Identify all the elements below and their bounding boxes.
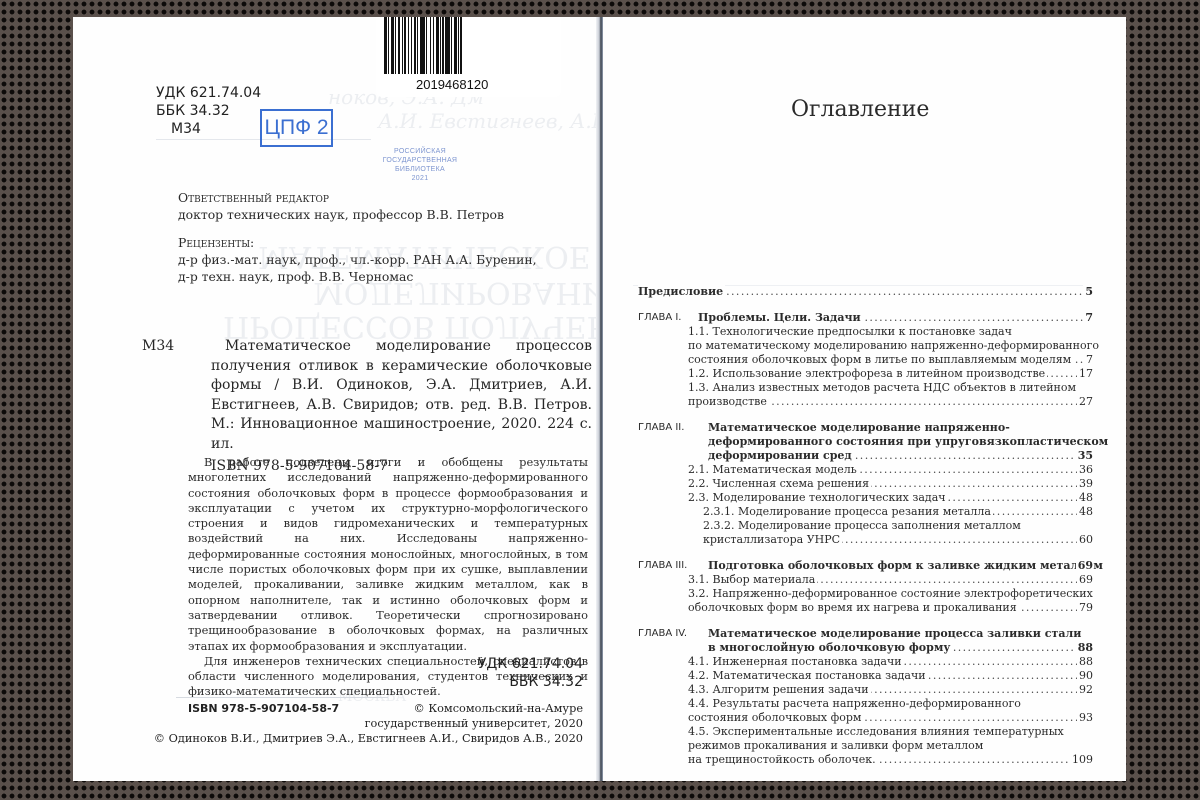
- toc-page-number: 36: [1077, 463, 1093, 477]
- toc-entry: 1.1. Технологические предпосылки к поста…: [638, 325, 1093, 339]
- toc-entry-title: 1.1. Технологические предпосылки к поста…: [688, 325, 1014, 339]
- bbk-code: ББК 34.32: [156, 103, 230, 119]
- toc-entry: 3.2. Напряженно-деформированное состояни…: [638, 587, 1093, 601]
- toc-page-number: 48: [1077, 505, 1093, 519]
- toc-entry: 2.3. Моделирование технологических задач…: [638, 491, 1093, 505]
- left-page: ноков, Э.А. Дм А.И. Евстигнеев, А.В. Сви…: [73, 17, 603, 781]
- toc-entry-title: Предисловие: [638, 285, 725, 299]
- toc-entry: 2.2. Численная схема решения............…: [638, 477, 1093, 491]
- toc-entry: 4.3. Алгоритм решения задачи............…: [638, 683, 1093, 697]
- toc-page-number: 7: [1083, 311, 1093, 325]
- toc-page-number: 5: [1083, 285, 1093, 299]
- toc-page-number: 69: [1077, 573, 1093, 587]
- toc-entry-title: 3.2. Напряженно-деформированное состояни…: [688, 587, 1095, 601]
- toc-page-number: 39: [1077, 477, 1093, 491]
- barcode-label: 2019468120: [376, 17, 561, 97]
- copyright-authors: © Одиноков В.И., Дмитриев Э.А., Евстигне…: [154, 732, 583, 745]
- toc-entry-title: 4.2. Математическая постановка задачи: [688, 669, 928, 683]
- stamp-line: 2021: [370, 174, 470, 183]
- isbn-bottom: ISBN 978-5-907104-58-7: [188, 702, 339, 715]
- toc-entry-title: 1.2. Использование электрофореза в литей…: [688, 367, 1047, 381]
- toc-entry: 4.2. Математическая постановка задачи...…: [638, 669, 1093, 683]
- toc-entry-title: 4.1. Инженерная постановка задачи: [688, 655, 904, 669]
- toc-entry-title: по математическому моделированию напряже…: [688, 339, 1101, 353]
- udk-bottom: УДК 621.74.04: [478, 656, 583, 672]
- reviewer-1: д-р физ.-мат. наук, проф., чл.-корр. РАН…: [178, 252, 537, 268]
- toc-title: Оглавление: [791, 97, 929, 122]
- toc-entry: деформировании сред.....................…: [638, 449, 1093, 463]
- toc-entry-title: 2.2. Численная схема решения: [688, 477, 871, 491]
- toc-entry-title: Подготовка оболочковых форм к заливке жи…: [708, 559, 1105, 573]
- toc-entry: 1.2. Использование электрофореза в литей…: [638, 367, 1093, 381]
- toc-entry-title: режимов прокаливания и заливки форм мета…: [688, 739, 985, 753]
- toc-entry: 1.3. Анализ известных методов расчета НД…: [638, 381, 1093, 395]
- toc-entry-title: оболочковых форм во время их нагрева и п…: [688, 601, 1019, 615]
- toc-entry: по математическому моделированию напряже…: [638, 339, 1093, 353]
- toc-entry-title: 2.3.2. Моделирование процесса заполнения…: [703, 519, 1023, 533]
- stamp-line: ГОСУДАРСТВЕННАЯ: [370, 156, 470, 165]
- toc-chapter-label: ГЛАВА II.: [638, 421, 686, 435]
- toc-entry: состояния оболочковых форм в литье по вы…: [638, 353, 1093, 367]
- toc-entry-title: 2.3. Моделирование технологических задач: [688, 491, 948, 505]
- toc-entry: Предисловие.............................…: [638, 285, 1093, 299]
- toc-page-number: 60: [1077, 533, 1093, 547]
- bbk-bottom: ББК 34.32: [509, 674, 583, 690]
- toc-entry: на трещиностойкость оболочек............…: [638, 753, 1093, 767]
- toc-page-number: 88: [1077, 655, 1093, 669]
- toc-entry: производстве............................…: [638, 395, 1093, 409]
- toc-entry: оболочковых форм во время их нагрева и п…: [638, 601, 1093, 615]
- toc-page-number: 17: [1077, 367, 1093, 381]
- toc-entry: 4.4. Результаты расчета напряженно-дефор…: [638, 697, 1093, 711]
- toc-entry-title: Проблемы. Цели. Задачи: [698, 311, 863, 325]
- right-page: Оглавление Предисловие..................…: [603, 17, 1126, 781]
- divider: [176, 697, 388, 698]
- responsible-editor-label: Ответственный редактор: [178, 190, 329, 206]
- reviewer-2: д-р техн. наук, проф. В.В. Черномас: [178, 269, 413, 285]
- toc-entry: ГЛАВА I.Проблемы. Цели. Задачи..........…: [638, 311, 1093, 325]
- toc-entry-title: 4.5. Экспериментальные исследования влия…: [688, 725, 1066, 739]
- toc-chapter-label: ГЛАВА IV.: [638, 627, 689, 641]
- author-mark: М34: [171, 121, 201, 137]
- copyright-university-2: государственный университет, 2020: [365, 717, 583, 730]
- rsl-library-stamp: РОССИЙСКАЯ ГОСУДАРСТВЕННАЯ БИБЛИОТЕКА 20…: [370, 147, 470, 183]
- toc-entry-title: 2.1. Математическая модель: [688, 463, 859, 477]
- barcode-number: 2019468120: [416, 77, 488, 92]
- toc-page-number: 109: [1070, 753, 1093, 767]
- toc-page-number: 7: [1084, 353, 1093, 367]
- toc-entry: 2.1. Математическая модель..............…: [638, 463, 1093, 477]
- toc-entry: режимов прокаливания и заливки форм мета…: [638, 739, 1093, 753]
- toc-page-number: 48: [1077, 491, 1093, 505]
- toc-chapter-label: ГЛАВА III.: [638, 559, 689, 573]
- toc-page-number: 35: [1076, 449, 1093, 463]
- toc-entry: ГЛАВА III.Подготовка оболочковых форм к …: [638, 559, 1093, 573]
- toc-entry-title: кристаллизатора УНРС: [703, 533, 842, 547]
- toc-entry: 4.5. Экспериментальные исследования влия…: [638, 725, 1093, 739]
- toc-entry-title: на трещиностойкость оболочек.: [688, 753, 878, 767]
- toc-entry-title: в многослойную оболочковую форму: [708, 641, 952, 655]
- toc-entry-title: Математическое моделирование напряженно-: [708, 421, 1012, 435]
- toc-entry: деформированного состояния при упруговяз…: [638, 435, 1093, 449]
- toc-entry: в многослойную оболочковую форму........…: [638, 641, 1093, 655]
- toc-entry-title: 1.3. Анализ известных методов расчета НД…: [688, 381, 1078, 395]
- udk-code: УДК 621.74.04: [156, 85, 261, 101]
- toc-entry: состояния оболочковых форм..............…: [638, 711, 1093, 725]
- toc-entry-title: производстве: [688, 395, 769, 409]
- stamp-line: РОССИЙСКАЯ: [370, 147, 470, 156]
- barcode-bars: [384, 17, 549, 74]
- toc-page-number: 79: [1077, 601, 1093, 615]
- annotation-code: М34: [142, 337, 174, 357]
- toc-entry: ГЛАВА II.Математическое моделирование на…: [638, 421, 1093, 435]
- toc-page-number: 92: [1077, 683, 1093, 697]
- responsible-editor: доктор технических наук, профессор В.В. …: [178, 207, 504, 223]
- toc-entry: кристаллизатора УНРС....................…: [638, 533, 1093, 547]
- toc-chapter-label: ГЛАВА I.: [638, 311, 683, 325]
- toc-entry-title: 4.3. Алгоритм решения задачи: [688, 683, 871, 697]
- copyright-university: © Комсомольский-на-Амуре: [413, 702, 583, 715]
- toc-page-number: 27: [1077, 395, 1093, 409]
- toc-entry: 2.3.1. Моделирование процесса резания ме…: [638, 505, 1093, 519]
- toc-entry: 4.1. Инженерная постановка задачи.......…: [638, 655, 1093, 669]
- toc-page-number: 69: [1076, 559, 1093, 573]
- toc-entry: 3.1. Выбор материала....................…: [638, 573, 1093, 587]
- annotation-text: Математическое моделирование процессов п…: [211, 337, 592, 454]
- stamp-line: БИБЛИОТЕКА: [370, 165, 470, 174]
- toc-entry-title: деформировании сред: [708, 449, 854, 463]
- toc-entry-title: состояния оболочковых форм: [688, 711, 863, 725]
- toc-entry-title: 2.3.1. Моделирование процесса резания ме…: [703, 505, 993, 519]
- toc-entry-title: деформированного состояния при упруговяз…: [708, 435, 1110, 449]
- reviewers-label: Рецензенты:: [178, 235, 254, 251]
- toc-page-number: 90: [1077, 669, 1093, 683]
- toc-entry-title: 3.1. Выбор материала: [688, 573, 817, 587]
- library-fund-stamp: ЦПФ 2: [260, 109, 333, 147]
- toc-page-number: 93: [1077, 711, 1093, 725]
- toc-entry: ГЛАВА IV.Математическое моделирование пр…: [638, 627, 1093, 641]
- toc-page-number: 88: [1076, 641, 1093, 655]
- abstract-paragraph-1: В работе подведены итоги и обобщены резу…: [188, 455, 588, 654]
- toc-entry-title: состояния оболочковых форм в литье по вы…: [688, 353, 1073, 367]
- toc-entry-title: 4.4. Результаты расчета напряженно-дефор…: [688, 697, 1023, 711]
- toc-entry: 2.3.2. Моделирование процесса заполнения…: [638, 519, 1093, 533]
- toc-entry-title: Математическое моделирование процесса за…: [708, 627, 1083, 641]
